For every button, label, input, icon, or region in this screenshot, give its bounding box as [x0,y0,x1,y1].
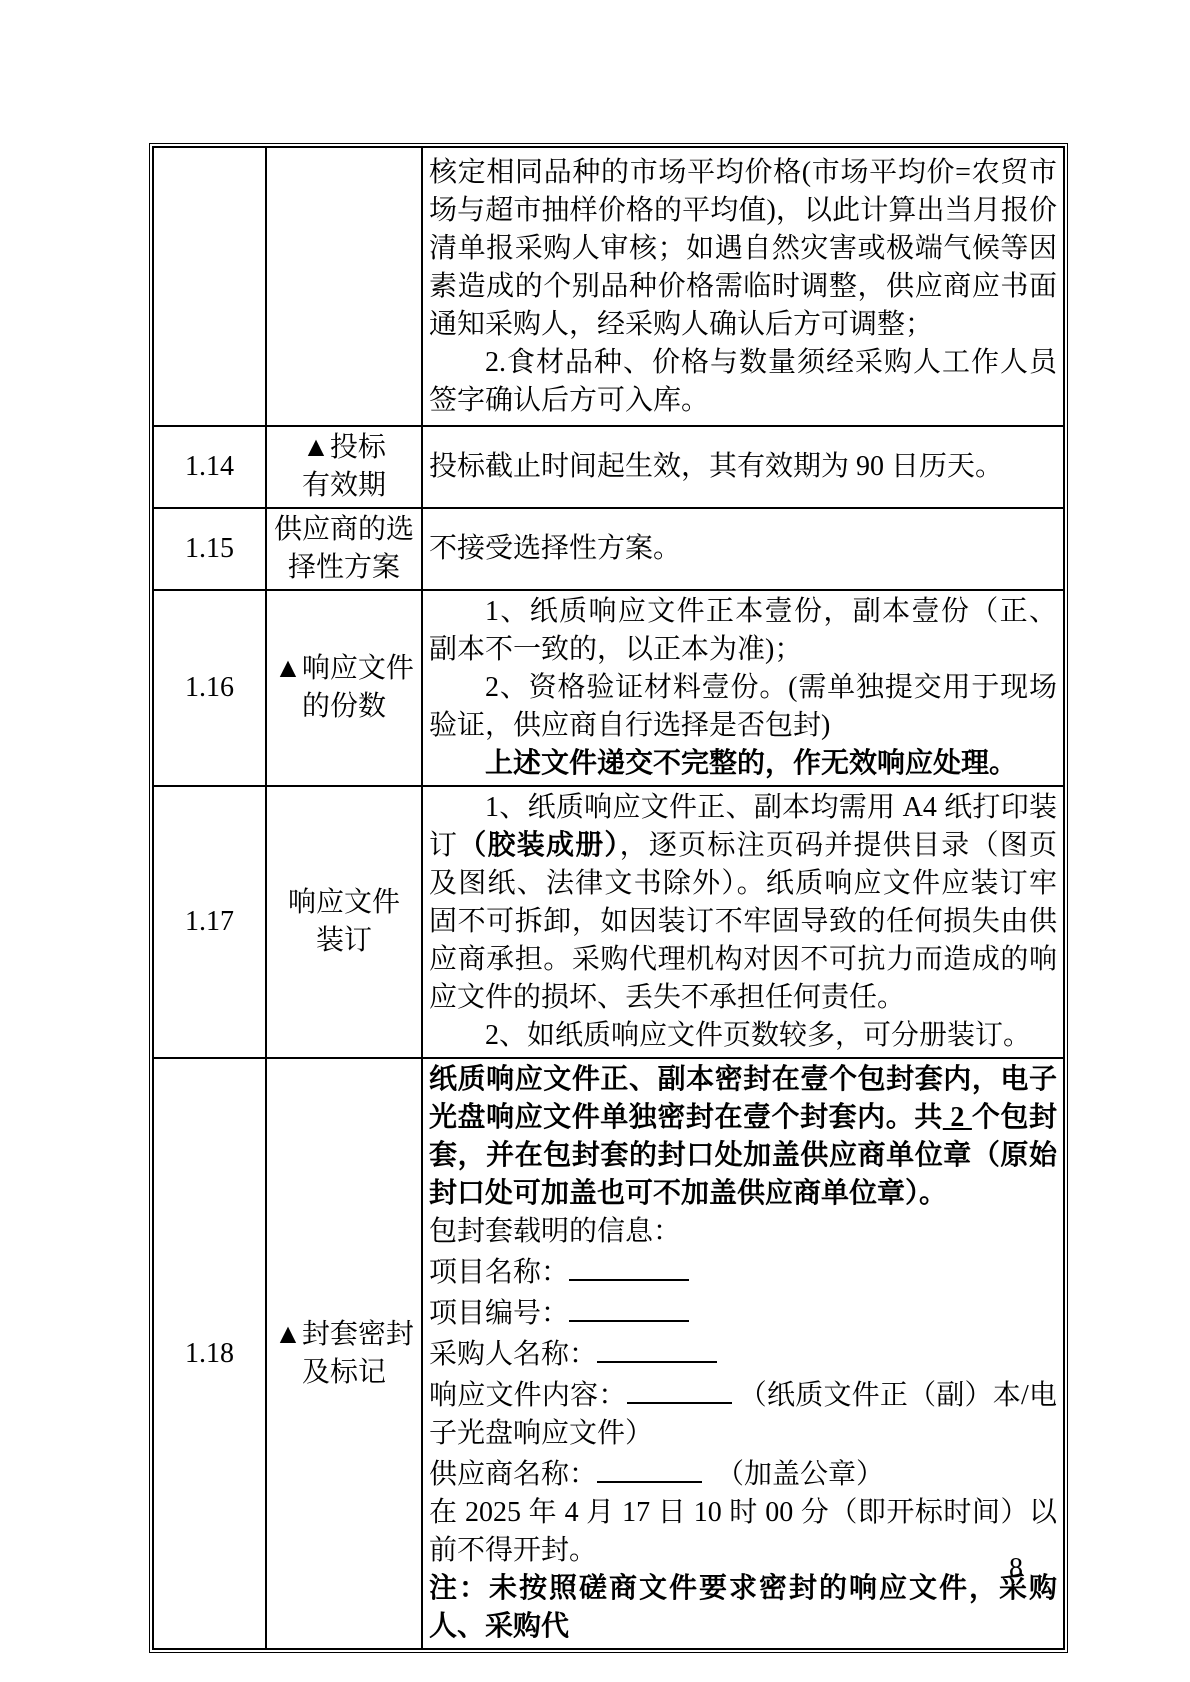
text-segment: （胶装成册） [458,830,619,861]
paragraph: 投标截止时间起生效，其有效期为 90 日历天。 [429,448,1057,486]
paragraph: 上述文件递交不完整的，作无效响应处理。 [429,745,1057,783]
page-number: 8 [1000,1553,1032,1585]
row-label-cell: ▲封套密封 及标记 [266,1058,422,1649]
blank-underline [597,1333,717,1363]
table-row-1.14: 1.14 ▲投标 有效期 投标截止时间起生效，其有效期为 90 日历天。 [153,426,1064,508]
row-id-cell: 1.14 [153,426,266,508]
text-segment: 1、纸质响应文件正本壹份，副本壹份（正、副本不一致的，以正本为准)； [429,596,1057,665]
paragraph: 采购人名称： [429,1333,1057,1374]
paragraph: 核定相同品种的市场平均价格(市场平均价=农贸市场与超市抽样价格的平均值)，以此计… [429,154,1057,344]
paragraph: 不接受选择性方案。 [429,530,1057,568]
blank-underline [597,1453,702,1483]
text-segment: 2.食材品种、价格与数量须经采购人工作人员签字确认后方可入库。 [429,347,1057,416]
paragraph: 注：未按照磋商文件要求密封的响应文件，采购人、采购代 [429,1570,1057,1646]
table-row-1.15: 1.15 供应商的选 择性方案 不接受选择性方案。 [153,508,1064,590]
table-row-1.18: 1.18 ▲封套密封 及标记 纸质响应文件正、副本密封在壹个包封套内，电子光盘响… [153,1058,1064,1649]
row-label-cell [266,147,422,426]
text-segment: 投标截止时间起生效，其有效期为 90 日历天。 [429,451,1003,482]
text-segment: 采购人名称： [429,1339,597,1370]
row-content-cell: 投标截止时间起生效，其有效期为 90 日历天。 [422,426,1064,508]
row-label-cell: ▲投标 有效期 [266,426,422,508]
row-id-cell [153,147,266,426]
text-segment: 核定相同品种的市场平均价格(市场平均价=农贸市场与超市抽样价格的平均值)，以此计… [429,157,1057,340]
text-segment: 项目名称： [429,1257,569,1288]
paragraph: 项目名称： [429,1251,1057,1292]
text-segment: （加盖公章） [702,1459,884,1490]
text-segment: 2、资格验证材料壹份。(需单独提交用于现场验证，供应商自行选择是否包封) [429,672,1057,741]
paragraph: 项目编号： [429,1292,1057,1333]
row-label-cell: 响应文件 装订 [266,786,422,1058]
text-segment: 响应文件内容： [429,1380,627,1411]
paragraph: 在 2025 年 4 月 17 日 10 时 00 分（即开标时间）以前不得开封… [429,1494,1057,1570]
row-content-cell: 1、纸质响应文件正本壹份，副本壹份（正、副本不一致的，以正本为准)；2、资格验证… [422,590,1064,786]
text-segment: 包封套载明的信息： [429,1216,681,1247]
row-id-cell: 1.18 [153,1058,266,1649]
text-segment: 2 [943,1102,972,1133]
document-page: 核定相同品种的市场平均价格(市场平均价=农贸市场与超市抽样价格的平均值)，以此计… [0,0,1190,1682]
paragraph: 包封套载明的信息： [429,1213,1057,1251]
blank-underline [627,1374,732,1404]
table-row-1.17: 1.17 响应文件 装订 1、纸质响应文件正、副本均需用 A4 纸打印装订（胶装… [153,786,1064,1058]
paragraph: 1、纸质响应文件正本壹份，副本壹份（正、副本不一致的，以正本为准)； [429,593,1057,669]
row-id-cell: 1.17 [153,786,266,1058]
table-row-1.16: 1.16 ▲响应文件 的份数 1、纸质响应文件正本壹份，副本壹份（正、副本不一致… [153,590,1064,786]
paragraph: 2、资格验证材料壹份。(需单独提交用于现场验证，供应商自行选择是否包封) [429,669,1057,745]
text-segment: 上述文件递交不完整的，作无效响应处理。 [485,748,1017,779]
text-segment: 不接受选择性方案。 [429,533,681,564]
row-label-cell: 供应商的选 择性方案 [266,508,422,590]
paragraph: 2.食材品种、价格与数量须经采购人工作人员签字确认后方可入库。 [429,344,1057,420]
paragraph: 2、如纸质响应文件页数较多，可分册装订。 [429,1017,1057,1055]
row-label-cell: ▲响应文件 的份数 [266,590,422,786]
paragraph: 1、纸质响应文件正、副本均需用 A4 纸打印装订（胶装成册），逐页标注页码并提供… [429,789,1057,1017]
row-content-cell: 1、纸质响应文件正、副本均需用 A4 纸打印装订（胶装成册），逐页标注页码并提供… [422,786,1064,1058]
row-content-cell: 不接受选择性方案。 [422,508,1064,590]
table-row-continuation: 核定相同品种的市场平均价格(市场平均价=农贸市场与超市抽样价格的平均值)，以此计… [153,147,1064,426]
text-segment: 项目编号： [429,1298,569,1329]
conditions-table-grid: 核定相同品种的市场平均价格(市场平均价=农贸市场与超市抽样价格的平均值)，以此计… [152,146,1065,1650]
conditions-table: 核定相同品种的市场平均价格(市场平均价=农贸市场与超市抽样价格的平均值)，以此计… [149,143,1068,1653]
text-segment: 注：未按照磋商文件要求密封的响应文件，采购人、采购代 [429,1573,1057,1642]
text-segment: 2、如纸质响应文件页数较多，可分册装订。 [485,1020,1031,1051]
paragraph: 响应文件内容： （纸质文件正（副）本/电子光盘响应文件） [429,1374,1057,1453]
blank-underline [569,1292,689,1322]
row-content-cell: 纸质响应文件正、副本密封在壹个包封套内，电子光盘响应文件单独密封在壹个封套内。共… [422,1058,1064,1649]
paragraph: 纸质响应文件正、副本密封在壹个包封套内，电子光盘响应文件单独密封在壹个封套内。共… [429,1061,1057,1213]
text-segment: 在 2025 年 4 月 17 日 10 时 00 分（即开标时间）以前不得开封… [429,1497,1057,1566]
text-segment: 供应商名称： [429,1459,597,1490]
row-content-cell: 核定相同品种的市场平均价格(市场平均价=农贸市场与超市抽样价格的平均值)，以此计… [422,147,1064,426]
blank-underline [569,1251,689,1281]
row-id-cell: 1.15 [153,508,266,590]
row-id-cell: 1.16 [153,590,266,786]
paragraph: 供应商名称： （加盖公章） [429,1453,1057,1494]
